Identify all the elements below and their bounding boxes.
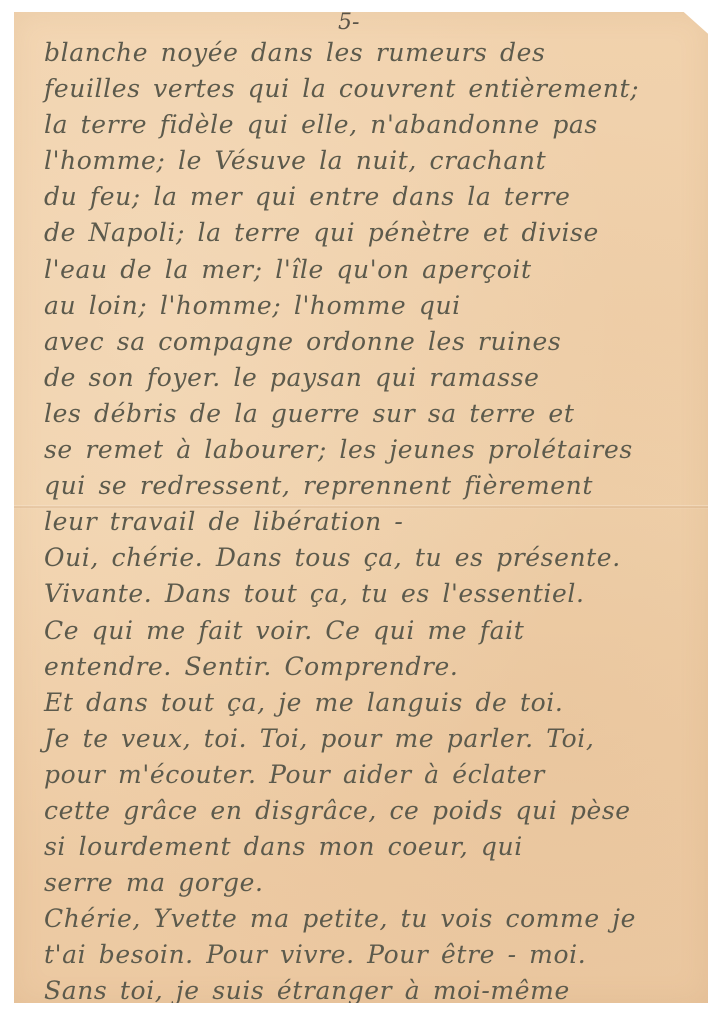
text-line: se remet à labourer; les jeunes prolétai… bbox=[44, 432, 704, 468]
page-number: 5- bbox=[338, 10, 359, 35]
text-line: les débris de la guerre sur sa terre et bbox=[44, 396, 704, 432]
text-line: du feu; la mer qui entre dans la terre bbox=[44, 179, 704, 215]
text-line: l'homme; le Vésuve la nuit, crachant bbox=[44, 143, 704, 179]
text-line: feuilles vertes qui la couvrent entièrem… bbox=[44, 71, 704, 107]
text-line: avec sa compagne ordonne les ruines bbox=[44, 324, 704, 360]
text-line: Vivante. Dans tout ça, tu es l'essentiel… bbox=[44, 576, 704, 612]
text-line: l'eau de la mer; l'île qu'on aperçoit bbox=[44, 252, 704, 288]
text-line: Sans toi, je suis étranger à moi-même bbox=[44, 973, 704, 1009]
text-line: au loin; l'homme; l'homme qui bbox=[44, 288, 704, 324]
text-line: Oui, chérie. Dans tous ça, tu es présent… bbox=[44, 540, 704, 576]
text-line: Et dans tout ça, je me languis de toi. bbox=[44, 685, 704, 721]
text-line: leur travail de libération - bbox=[44, 504, 704, 540]
text-line: la terre fidèle qui elle, n'abandonne pa… bbox=[44, 107, 704, 143]
text-line: Ce qui me fait voir. Ce qui me fait bbox=[44, 613, 704, 649]
text-line: serre ma gorge. bbox=[44, 865, 704, 901]
letter-paper: 5- blanche noyée dans les rumeurs des fe… bbox=[14, 12, 708, 1003]
text-line: pour m'écouter. Pour aider à éclater bbox=[44, 757, 704, 793]
text-line: cette grâce en disgrâce, ce poids qui pè… bbox=[44, 793, 704, 829]
text-line: blanche noyée dans les rumeurs des bbox=[44, 35, 704, 71]
text-line: qui se redressent, reprennent fièrement bbox=[44, 468, 704, 504]
text-line: Chérie, Yvette ma petite, tu vois comme … bbox=[44, 901, 704, 937]
text-line: si lourdement dans mon coeur, qui bbox=[44, 829, 704, 865]
text-line: Je te veux, toi. Toi, pour me parler. To… bbox=[44, 721, 704, 757]
text-line: de son foyer. le paysan qui ramasse bbox=[44, 360, 704, 396]
letter-body: blanche noyée dans les rumeurs des feuil… bbox=[44, 35, 704, 1010]
text-line: de Napoli; la terre qui pénètre et divis… bbox=[44, 215, 704, 251]
text-line: entendre. Sentir. Comprendre. bbox=[44, 649, 704, 685]
text-line: t'ai besoin. Pour vivre. Pour être - moi… bbox=[44, 937, 704, 973]
